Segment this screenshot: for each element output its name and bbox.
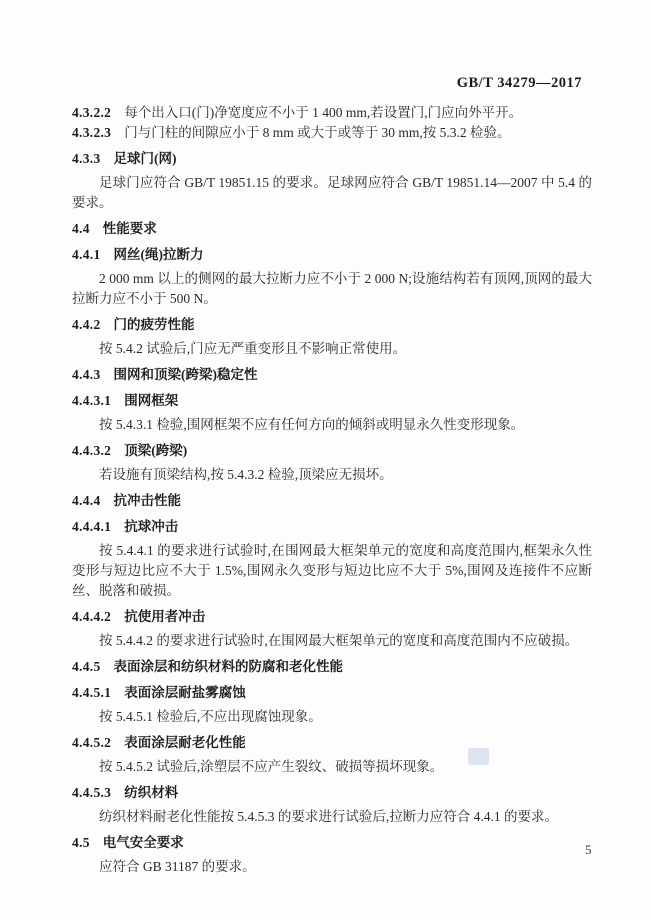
clause-number: 4.4.4 [72,493,101,508]
clause-text: 纺织材料 [124,785,178,800]
section-heading: 4.4.3.2顶梁(跨梁) [72,441,592,461]
clause-number: 4.5 [72,835,90,850]
section-heading: 4.4.3.1围网框架 [72,391,592,411]
paragraph: 按 5.4.2 试验后,门应无严重变形且不影响正常使用。 [72,339,592,359]
section-heading: 4.4.5表面涂层和纺织材料的防腐和老化性能 [72,657,592,677]
clause-number: 4.3.2.2 [72,105,111,120]
clause-number: 4.4.2 [72,317,101,332]
section-heading: 4.4.1网丝(绳)拉断力 [72,245,592,265]
clause-number: 4.4.4.2 [72,609,111,624]
paragraph: 按 5.4.5.1 检验后,不应出现腐蚀现象。 [72,707,592,727]
clause-number: 4.4.3.1 [72,393,111,408]
section-heading: 4.4.3围网和顶梁(跨梁)稳定性 [72,365,592,385]
section-heading: 4.4.4.1抗球冲击 [72,517,592,537]
section-heading: 4.4.2门的疲劳性能 [72,315,592,335]
clause-text: 抗冲击性能 [114,493,182,508]
clause-text: 门的疲劳性能 [114,317,195,332]
paragraph: 按 5.4.4.1 的要求进行试验时,在围网最大框架单元的宽度和高度范围内,框架… [72,541,592,601]
section-heading: 4.4.5.1表面涂层耐盐雾腐蚀 [72,683,592,703]
clause-text: 2 000 mm 以上的侧网的最大拉断力应不小于 2 000 N;设施结构若有顶… [72,271,592,306]
clause-text: 抗球冲击 [124,519,178,534]
clause-number: 4.4 [72,221,90,236]
section-heading: 4.4.4.2抗使用者冲击 [72,607,592,627]
clause-number: 4.4.3 [72,367,101,382]
clause-text: 按 5.4.4.2 的要求进行试验时,在围网最大框架单元的宽度和高度范围内不应破… [99,633,578,648]
paragraph: 2 000 mm 以上的侧网的最大拉断力应不小于 2 000 N;设施结构若有顶… [72,269,592,309]
clause-text: 若设施有顶梁结构,按 5.4.3.2 检验,顶梁应无损坏。 [99,467,393,482]
paragraph: 若设施有顶梁结构,按 5.4.3.2 检验,顶梁应无损坏。 [72,465,592,485]
clause-text: 每个出入口(门)净宽度应不小于 1 400 mm,若设置门,门应向外平开。 [124,105,522,120]
clause-text: 电气安全要求 [103,835,184,850]
clause-text: 按 5.4.2 试验后,门应无严重变形且不影响正常使用。 [99,341,406,356]
section-heading: 4.4性能要求 [72,219,592,239]
paragraph: 应符合 GB 31187 的要求。 [72,857,592,877]
section-heading: 4.3.3足球门(网) [72,149,592,169]
clause-text: 表面涂层耐老化性能 [124,735,246,750]
paragraph: 按 5.4.4.2 的要求进行试验时,在围网最大框架单元的宽度和高度范围内不应破… [72,631,592,651]
clause-text: 网丝(绳)拉断力 [114,247,204,262]
section-heading: 4.5电气安全要求 [72,833,592,853]
clause-line: 4.3.2.2每个出入口(门)净宽度应不小于 1 400 mm,若设置门,门应向… [72,103,592,123]
section-heading: 4.4.5.2表面涂层耐老化性能 [72,733,592,753]
page-number: 5 [585,842,592,858]
clause-text: 顶梁(跨梁) [124,443,187,458]
clause-text: 纺织材料耐老化性能按 5.4.5.3 的要求进行试验后,拉断力应符合 4.4.1… [99,809,558,824]
clause-text: 应符合 GB 31187 的要求。 [99,859,256,874]
document-body: 4.3.2.2每个出入口(门)净宽度应不小于 1 400 mm,若设置门,门应向… [72,103,592,877]
clause-number: 4.3.3 [72,151,101,166]
clause-number: 4.4.1 [72,247,101,262]
clause-text: 按 5.4.5.1 检验后,不应出现腐蚀现象。 [99,709,322,724]
clause-text: 门与门柱的间隙应小于 8 mm 或大于或等于 30 mm,按 5.3.2 检验。 [124,125,510,140]
clause-text: 表面涂层耐盐雾腐蚀 [124,685,246,700]
clause-text: 足球门应符合 GB/T 19851.15 的要求。足球网应符合 GB/T 198… [72,175,592,210]
paragraph: 纺织材料耐老化性能按 5.4.5.3 的要求进行试验后,拉断力应符合 4.4.1… [72,807,592,827]
clause-number: 4.4.3.2 [72,443,111,458]
section-heading: 4.4.4抗冲击性能 [72,491,592,511]
clause-text: 围网和顶梁(跨梁)稳定性 [114,367,258,382]
clause-line: 4.3.2.3门与门柱的间隙应小于 8 mm 或大于或等于 30 mm,按 5.… [72,123,592,143]
paragraph: 足球门应符合 GB/T 19851.15 的要求。足球网应符合 GB/T 198… [72,173,592,213]
document-page: GB/T 34279—2017 4.3.2.2每个出入口(门)净宽度应不小于 1… [0,0,650,919]
clause-number: 4.4.5.2 [72,735,111,750]
clause-text: 表面涂层和纺织材料的防腐和老化性能 [114,659,344,674]
clause-number: 4.4.5 [72,659,101,674]
section-heading: 4.4.5.3纺织材料 [72,783,592,803]
clause-text: 足球门(网) [114,151,177,166]
paragraph: 按 5.4.3.1 检验,围网框架不应有任何方向的倾斜或明显永久性变形现象。 [72,415,592,435]
paragraph: 按 5.4.5.2 试验后,涂塑层不应产生裂纹、破损等损坏现象。 [72,757,592,777]
clause-number: 4.4.5.3 [72,785,111,800]
watermark-stamp [468,748,489,765]
standard-number-header: GB/T 34279—2017 [457,75,582,92]
clause-text: 按 5.4.4.1 的要求进行试验时,在围网最大框架单元的宽度和高度范围内,框架… [72,543,592,598]
clause-text: 抗使用者冲击 [124,609,205,624]
clause-number: 4.4.5.1 [72,685,111,700]
clause-number: 4.3.2.3 [72,125,111,140]
clause-text: 性能要求 [103,221,157,236]
clause-number: 4.4.4.1 [72,519,111,534]
clause-text: 按 5.4.5.2 试验后,涂塑层不应产生裂纹、破损等损坏现象。 [99,759,443,774]
clause-text: 按 5.4.3.1 检验,围网框架不应有任何方向的倾斜或明显永久性变形现象。 [99,417,524,432]
clause-text: 围网框架 [124,393,178,408]
